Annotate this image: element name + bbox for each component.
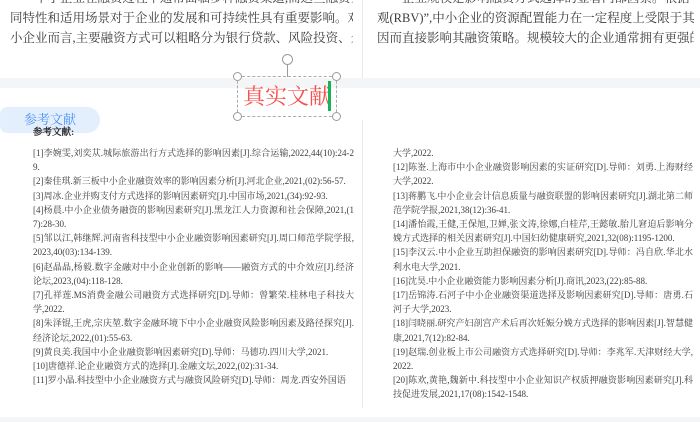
page1-left-column: 中小企业在融资过程中通常面临多种融资渠道,而这些融资方式的不 同特性和适用场景对…	[10, 0, 353, 48]
resize-handle-top-left[interactable]	[233, 72, 242, 81]
reference-item: [2]秦佳琪.新三板中小企业融资效率的影响因素分析[J].河北企业,2021,(…	[33, 174, 354, 188]
paragraph-line: 中小企业在融资过程中通常面临多种融资渠道,而这些融资方式的不	[10, 0, 353, 8]
page-gap-band	[0, 78, 700, 88]
reference-item: [20]陈欢,黄艳,魏新中.科技型中小企业知识产权质押融资影响因素研究[J].科…	[393, 373, 693, 401]
reference-item: [16]沈昊.中小企业融资能力影响因素分析[J].商讯,2023,(22):85…	[393, 274, 693, 288]
reference-item: [7]孔祥莲.MS消费金融公司融资方式选择研究[D].导师：曾繁荣.桂林电子科技…	[33, 288, 354, 316]
column-divider	[362, 120, 363, 408]
column-divider	[362, 0, 363, 78]
stamp-text[interactable]: 真实文献	[243, 84, 331, 110]
text-cursor	[328, 81, 331, 111]
resize-handle-top-right[interactable]	[332, 72, 341, 81]
reference-item: [3]周冰.企业并购支付方式选择的影响因素研究[J].中国市场,2021,(34…	[33, 189, 354, 203]
reference-item: [5]邹以江,韩继辉.河南省科技型中小企业融资影响因素研究[J].周口师范学院学…	[33, 231, 354, 259]
reference-item: [4]杨晨.中小企业债务融资的影响因素研究[J].黑龙江人力资源和社会保障,20…	[33, 203, 354, 231]
reference-item: [1]李婉雯,刘奕苁.城际旅游出行方式选择的影响因素[J].综合运输,2022,…	[33, 146, 354, 174]
paragraph-line: 小企业而言,主要融资方式可以粗略分为银行贷款、风险投资、众筹	[10, 28, 353, 48]
reference-item: [8]朱泽锟,王虎,宗庆堃.数字金融环境下中小企业融资风险影响因素及路径探究[J…	[33, 316, 354, 344]
paragraph-line: 观(RBV)”,中小企业的资源配置能力在一定程度上受限于其规模,	[377, 8, 694, 28]
reference-item: [15]李汉云.中小企业互助担保融资的影响因素研究[D].导师：冯自欣.华北水利…	[393, 245, 693, 273]
document-editor-canvas: 中小企业在融资过程中通常面临多种融资渠道,而这些融资方式的不 同特性和适用场景对…	[0, 0, 700, 422]
references-left-column: [1]李婉雯,刘奕苁.城际旅游出行方式选择的影响因素[J].综合运输,2022,…	[33, 146, 354, 387]
stamp-textbox[interactable]: 真实文献	[237, 76, 337, 117]
resize-handle-bottom-left[interactable]	[233, 112, 242, 121]
reference-item: [12]陈崟.上海市中小企业融资影响因素的实证研究[D].导师：刘勇.上海财经大…	[393, 160, 693, 188]
references-right-column: 大学,2022. [12]陈崟.上海市中小企业融资影响因素的实证研究[D].导师…	[393, 146, 693, 402]
reference-item: [18]闫晓丽.研究产妇剖宫产术后再次妊娠分娩方式选择的影响因素[J].智慧健康…	[393, 316, 693, 344]
references-heading: 参考文献:	[33, 124, 74, 138]
paragraph-line: 企业规模是影响融资方式选择的显著内部因素。根据“资源基础	[377, 0, 694, 8]
resize-handle-bottom-right[interactable]	[332, 112, 341, 121]
paragraph-line: 因而直接影响其融资策略。规模较大的企业通常拥有更强的市场议价	[377, 28, 694, 48]
reference-item: [19]赵瑞.创业板上市公司融资方式选择研究[D].导师：李兆军.天津财经大学,…	[393, 345, 693, 373]
reference-item: [14]潘怡霞,王健,王保旭,卫婵,张文涛,徐娜,白桂芹,王懿敏.胎儿窘迫后影响…	[393, 217, 693, 245]
reference-item: [6]赵晶晶,杨毅.数字金融对中小企业创新的影响——融资方式的中介效应[J].经…	[33, 260, 354, 288]
paragraph-line: 同特性和适用场景对于企业的发展和可持续性具有重要影响。对于中	[10, 8, 353, 28]
reference-item: [9]黄良美.我国中小企业融资影响因素研究[D].导师：马德功.四川大学,202…	[33, 345, 354, 359]
reference-item: [10]唐德祥.论企业融资方式的选择[J].金融文坛,2022,(02):31-…	[33, 359, 354, 373]
reference-item: [13]蒋鹏飞.中小企业会计信息质量与融资联盟的影响因素研究[J].湖北第二师范…	[393, 189, 693, 217]
reference-item: [17]岳锦涛.石河子中小企业融资渠道选择及影响因素研究[D].导师：唐勇.石河…	[393, 288, 693, 316]
rotation-stem	[287, 65, 288, 77]
reference-item-continuation: 大学,2022.	[393, 146, 693, 160]
page1-right-column: 企业规模是影响融资方式选择的显著内部因素。根据“资源基础 观(RBV)”,中小企…	[377, 0, 694, 48]
reference-item: [11]罗小晶.科技型中小企业融资方式与融资风险研究[D].导师：周龙.西安外国…	[33, 373, 354, 387]
bottom-page-gap-band	[0, 417, 700, 422]
rotation-handle-icon[interactable]	[282, 54, 293, 65]
